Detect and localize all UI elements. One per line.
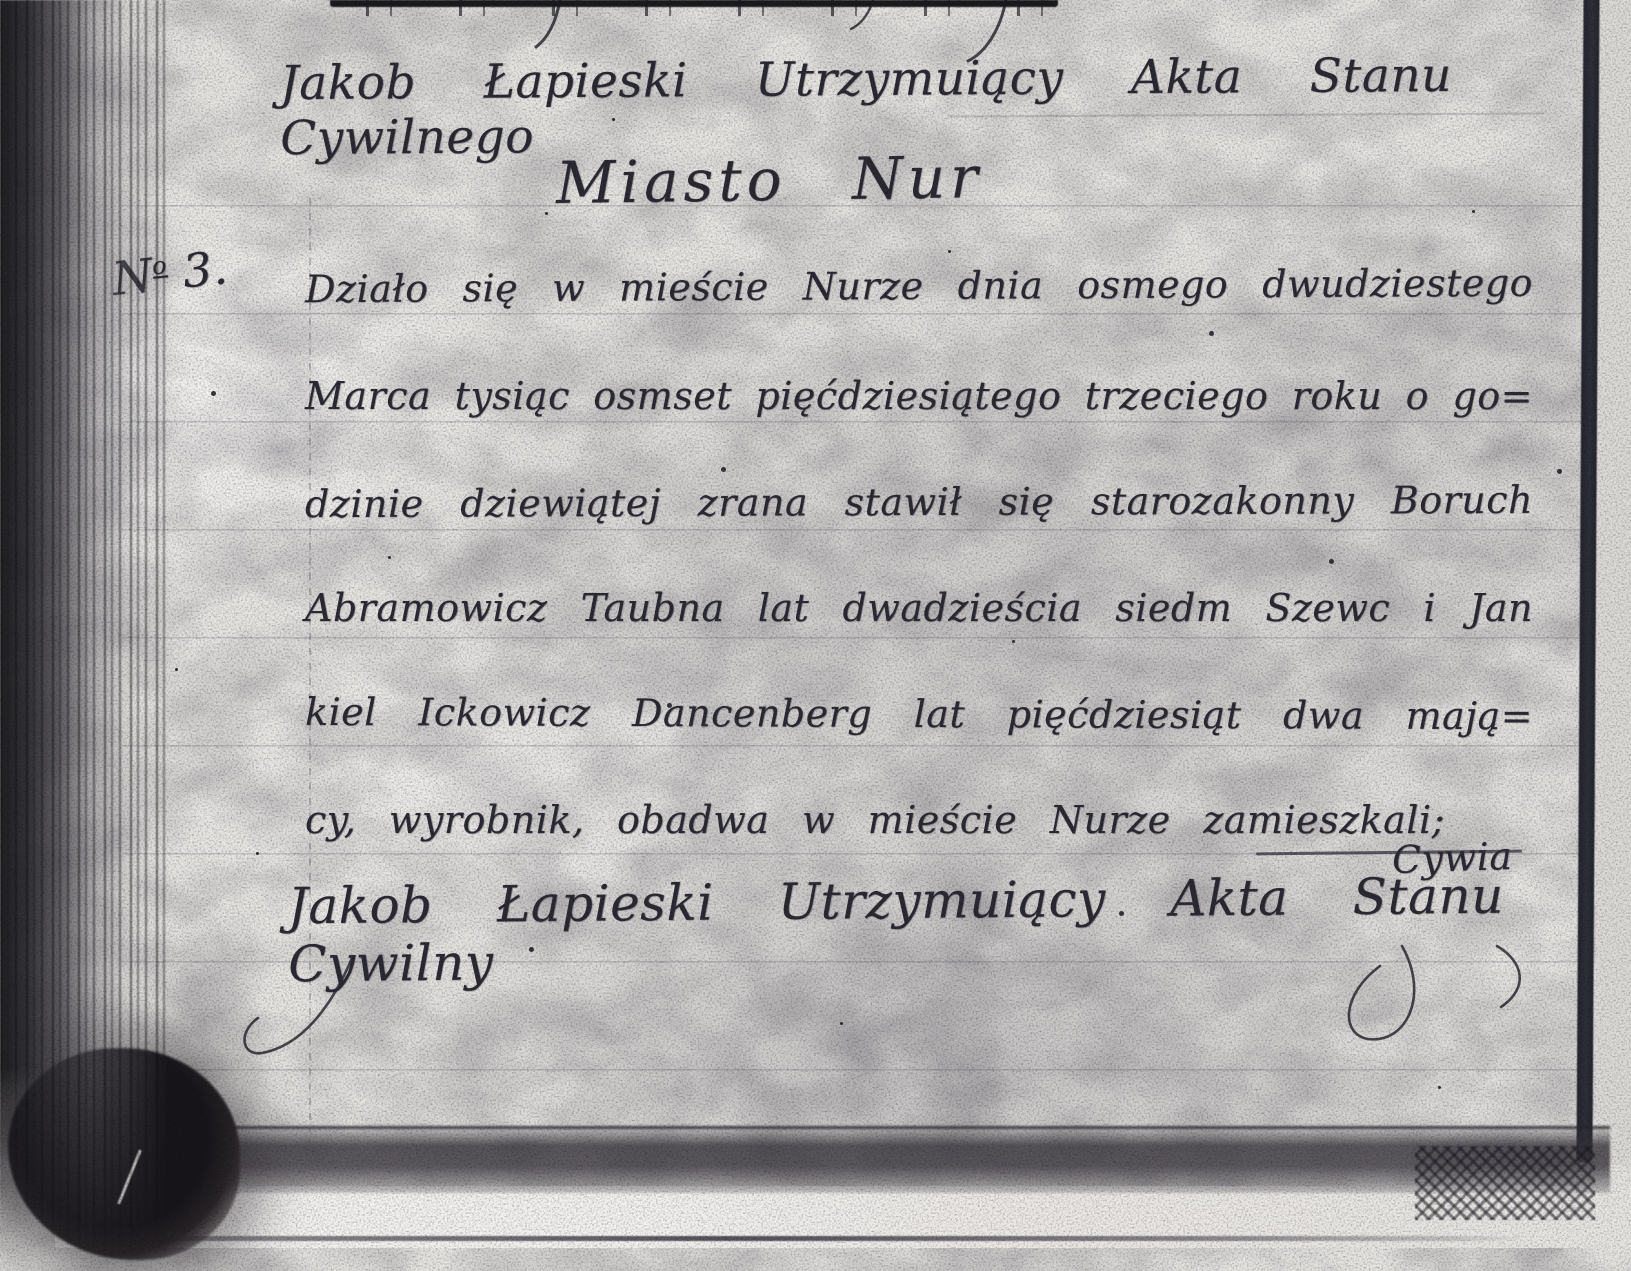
page-bottom-shadow xyxy=(50,1126,1610,1193)
manuscript-line: dzinie dziewiątej zrana stawił się staro… xyxy=(305,478,1533,526)
place-title: Miasto Nur xyxy=(556,143,984,217)
scanned-civil-record-page: Jakob Łapieski Utrzymuiący Akta Stanu Cy… xyxy=(0,0,1631,1271)
manuscript-line: Działo się w mieście Nurze dnia osmego d… xyxy=(305,261,1533,311)
page-bottom-line xyxy=(85,1236,1525,1241)
crosshatch-mark xyxy=(1415,1146,1595,1220)
manuscript-line: kiel Ickowicz Dancenberg lat pięćdziesią… xyxy=(305,690,1533,738)
manuscript-line: Marca tysiąc osmset pięćdziesiątego trze… xyxy=(305,374,1533,418)
manuscript-line: cy, wyrobnik, obadwa w mieście Nurze zam… xyxy=(305,798,1533,842)
top-edge-strip xyxy=(330,0,1058,7)
registrar-closing-line: Jakob Łapieski Utrzymuiący Akta Stanu Cy… xyxy=(288,867,1505,994)
binding-edge xyxy=(0,0,170,1271)
adjacent-page-edge xyxy=(1596,0,1631,1165)
margin-side-note: Cywia xyxy=(1391,834,1513,882)
manuscript-line: Abramowicz Taubna lat dwadzieścia siedm … xyxy=(305,586,1533,630)
